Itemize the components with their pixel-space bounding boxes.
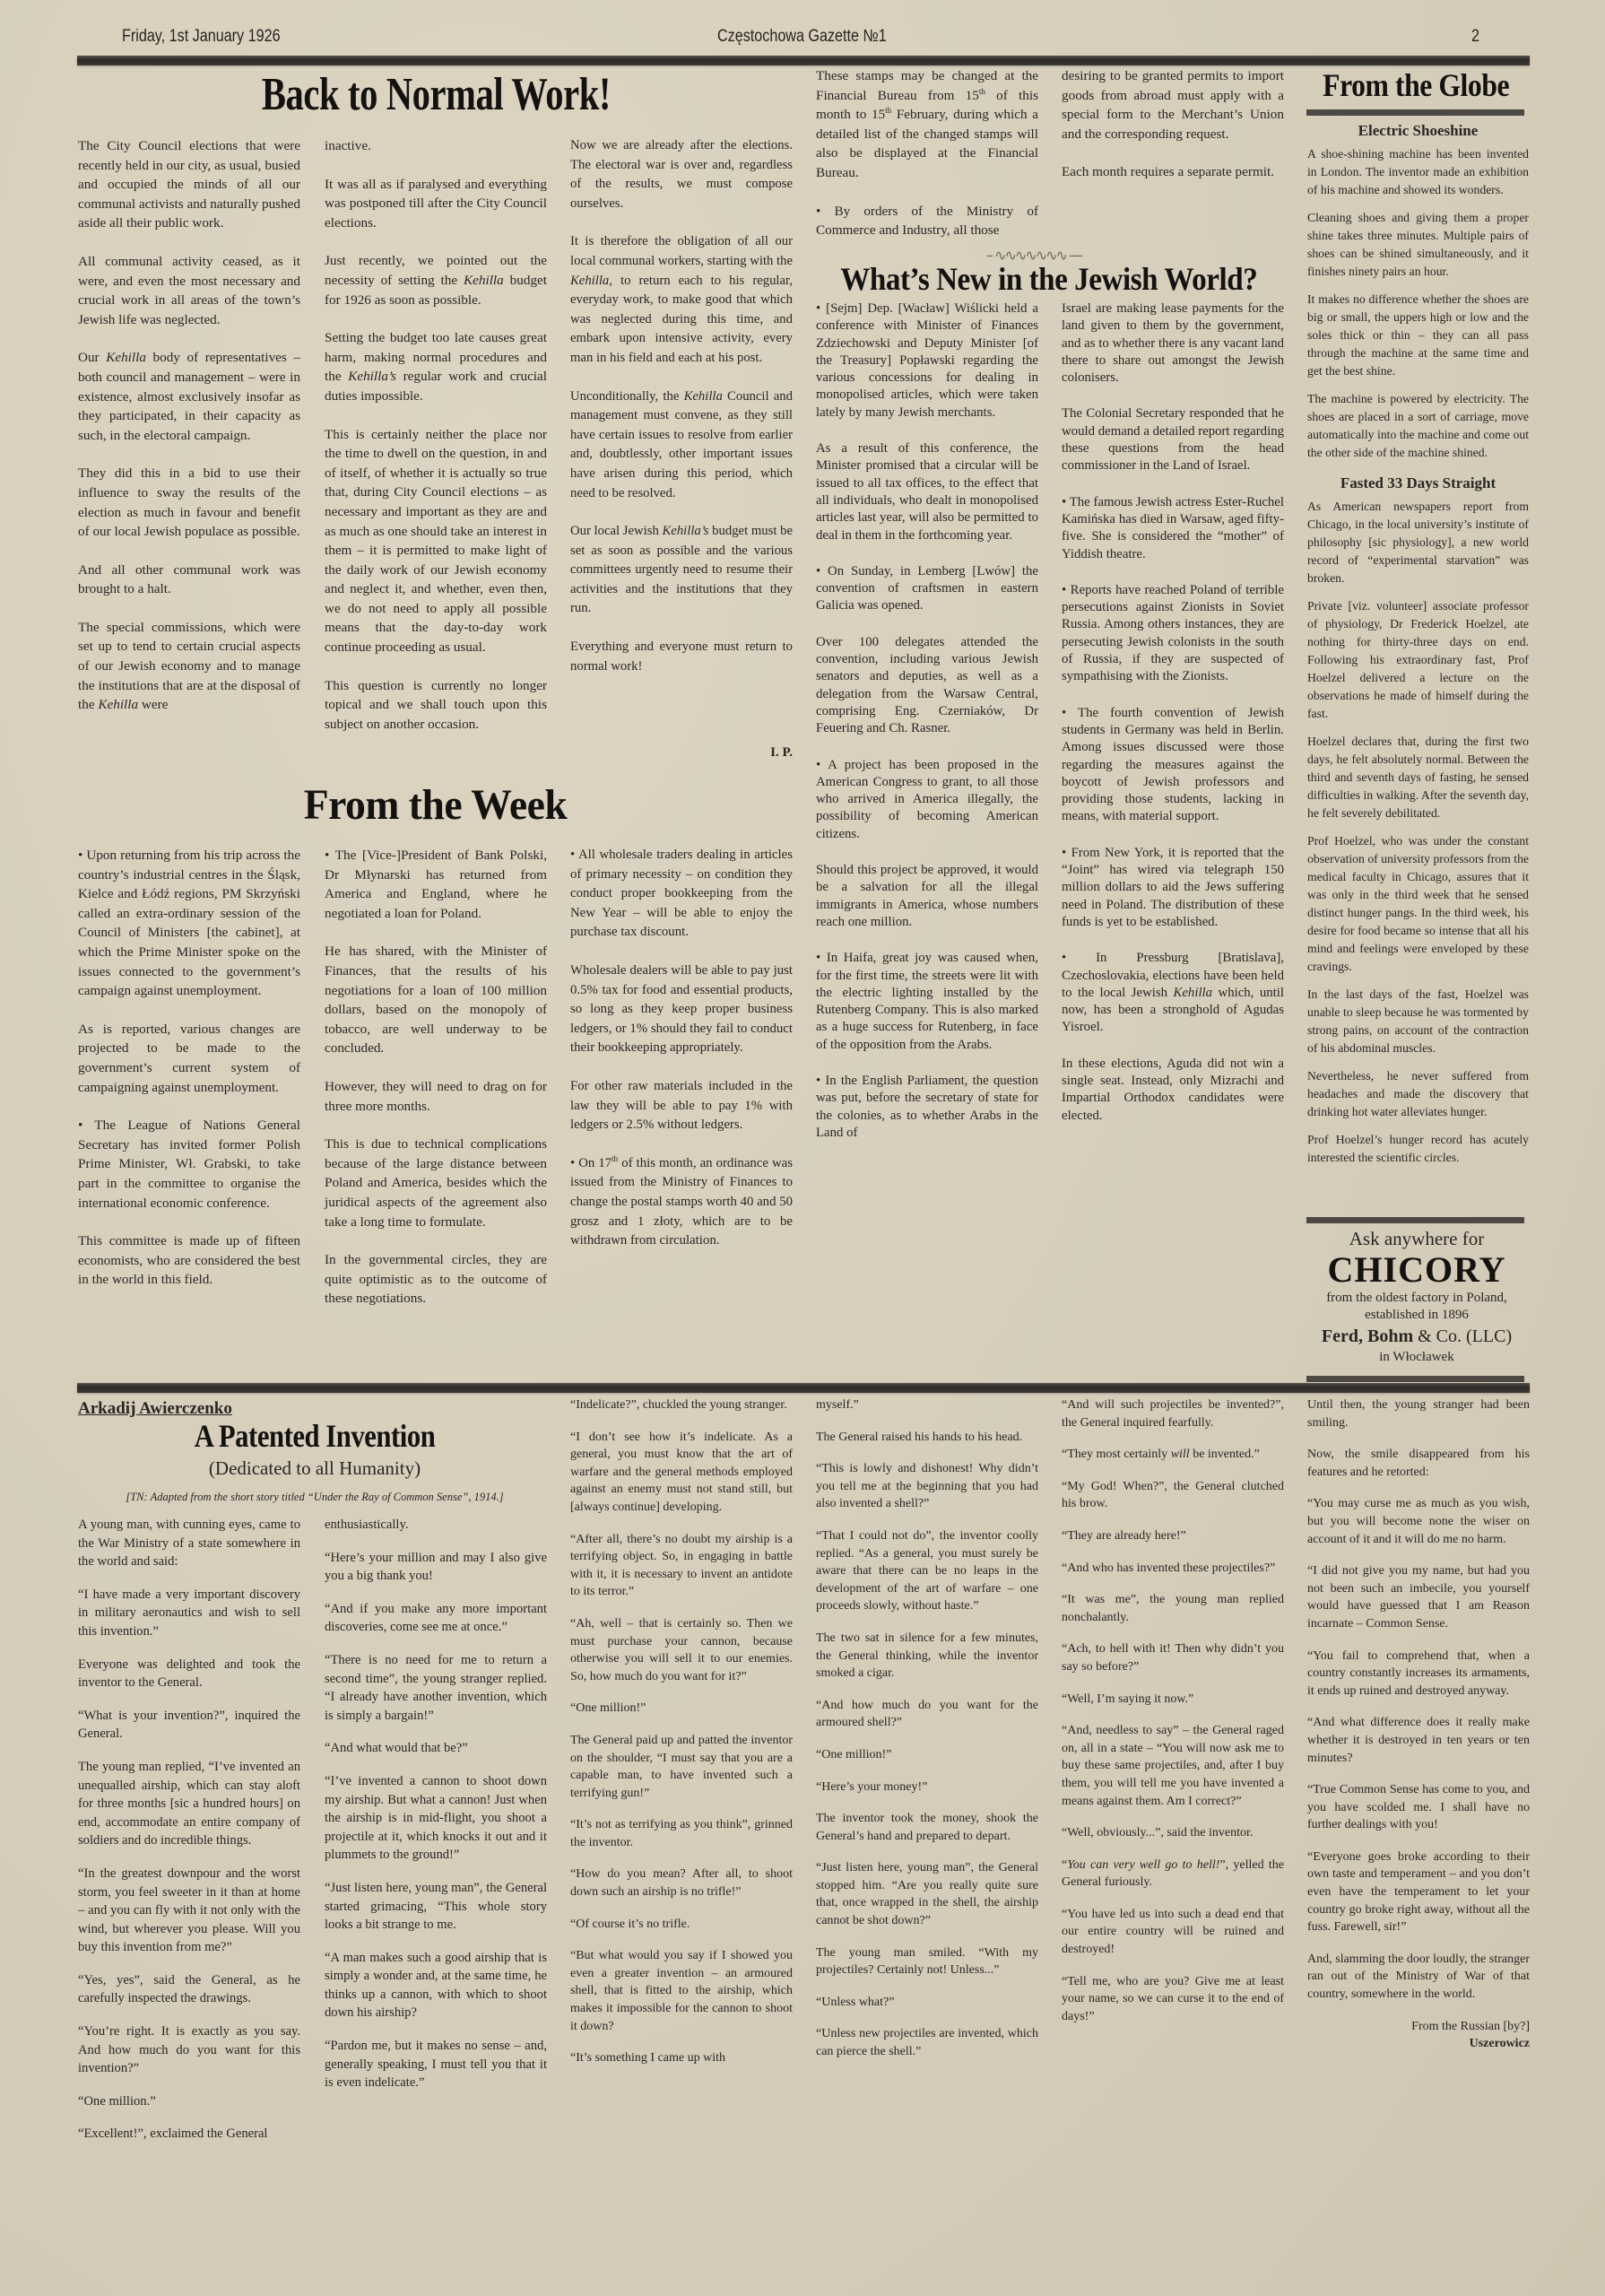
paragraph: “I have made a very important discovery …	[78, 1586, 300, 1641]
paragraph: Nevertheless, he never suffered from hea…	[1307, 1067, 1529, 1121]
paragraph: “And what would that be?”	[325, 1739, 547, 1758]
news-column: • [Sejm] Dep. [Wacław] Wiślicki held a c…	[816, 300, 1038, 1161]
paragraph: • From New York, it is reported that the…	[1062, 845, 1284, 931]
paragraph: “It was me”, the young man replied nonch…	[1062, 1591, 1284, 1626]
globe-column: Electric ShoeshineA shoe-shining machine…	[1307, 118, 1529, 1177]
story-dedication: (Dedicated to all Humanity)	[77, 1457, 552, 1480]
paragraph: A shoe-shining machine has been invented…	[1307, 145, 1529, 199]
paragraph: However, they will need to drag on for t…	[325, 1077, 547, 1116]
advert-company-suffix: & Co. (LLC)	[1413, 1326, 1512, 1346]
paragraph: Each month requires a separate permit.	[1062, 162, 1284, 182]
paragraph: • A project has been proposed in the Ame…	[816, 757, 1038, 843]
paragraph: “And if you make any more important disc…	[325, 1600, 547, 1637]
paragraph: For other raw materials included in the …	[570, 1077, 793, 1135]
story-column: enthusiastically.“Here’s your million an…	[325, 1516, 547, 2107]
top-rule	[77, 56, 1530, 65]
paragraph: The General raised his hands to his head…	[816, 1429, 1038, 1447]
advert-line: established in 1896	[1305, 1307, 1529, 1324]
paragraph: Private [viz. volunteer] associate profe…	[1307, 597, 1529, 723]
paragraph: “Of course it’s no trifle.	[570, 1916, 793, 1934]
story-column: Until then, the young stranger had been …	[1307, 1396, 1530, 2053]
headline-text: What’s New in the Jewish World?	[840, 260, 1257, 298]
paragraph: It is therefore the obligation of all ou…	[570, 232, 793, 368]
paragraph: “Tell me, who are you? Give me at least …	[1062, 1973, 1284, 2026]
paragraph: Wholesale dealers will be able to pay ju…	[570, 961, 793, 1058]
paragraph: “Ah, well – that is certainly so. Then w…	[570, 1615, 793, 1685]
paragraph: Until then, the young stranger had been …	[1307, 1396, 1530, 1431]
paragraph: “You have led us into such a dead end th…	[1062, 1906, 1284, 1959]
paragraph: “And what difference does it really make…	[1307, 1714, 1530, 1767]
paragraph: Israel are making lease payments for the…	[1062, 300, 1284, 387]
news-column: These stamps may be changed at the Finan…	[816, 66, 1038, 259]
paragraph: This is certainly neither the place nor …	[325, 425, 547, 657]
translator-name: Uszerowicz	[1307, 2035, 1530, 2053]
paragraph: “This is lowly and dishonest! Why didn’t…	[816, 1460, 1038, 1513]
section-divider	[77, 1383, 1530, 1393]
paragraph: “You can very well go to hell!”, yelled …	[1062, 1857, 1284, 1892]
paragraph: And all other communal work was brought …	[78, 561, 300, 599]
paragraph: Everything and everyone must return to n…	[570, 638, 793, 676]
article-heading: Fasted 33 Days Straight	[1307, 474, 1529, 492]
paragraph: “After all, there’s no doubt my airship …	[570, 1531, 793, 1601]
paragraph: The Colonial Secretary responded that he…	[1062, 405, 1284, 474]
paragraph: Prof Hoelzel, who was under the constant…	[1307, 832, 1529, 976]
paragraph: “I don’t see how it’s indelicate. As a g…	[570, 1429, 793, 1517]
translation-credit: From the Russian [by?]	[1307, 2018, 1530, 2036]
paragraph: • The League of Nations General Secretar…	[78, 1116, 300, 1213]
paragraph: Prof Hoelzel’s hunger record has acutely…	[1307, 1131, 1529, 1167]
story-column: “And will such projectiles be invented?”…	[1062, 1396, 1284, 2039]
paragraph: “My God! When?”, the General clutched hi…	[1062, 1478, 1284, 1513]
paragraph: “Well, obviously...”, said the inventor.	[1062, 1824, 1284, 1842]
paragraph: • By orders of the Ministry of Commerce …	[816, 202, 1038, 240]
news-column: • All wholesale traders dealing in artic…	[570, 846, 793, 1270]
paragraph: Our local Jewish Kehilla’s budget must b…	[570, 522, 793, 619]
paragraph: The General paid up and patted the inven…	[570, 1732, 793, 1802]
advert-location: in Włocławek	[1305, 1349, 1529, 1365]
paragraph: “One million.”	[78, 2092, 300, 2111]
paragraph: “What is your invention?”, inquired the …	[78, 1707, 300, 1744]
paragraph: “Excellent!”, exclaimed the General	[78, 2125, 300, 2144]
paragraph: “You fail to comprehend that, when a cou…	[1307, 1648, 1530, 1700]
page-number: 2	[1471, 27, 1479, 47]
paragraph: • All wholesale traders dealing in artic…	[570, 846, 793, 943]
paragraph: It was all as if paralysed and everythin…	[325, 175, 547, 233]
signature: I. P.	[570, 745, 793, 761]
translator-note: [TN: Adapted from the short story titled…	[77, 1491, 552, 1504]
paragraph: “Everyone goes broke according to their …	[1307, 1848, 1530, 1936]
paragraph: “You’re right. It is exactly as you say.…	[78, 2022, 300, 2078]
paragraph: myself.”	[816, 1396, 1038, 1414]
chicory-advert: Ask anywhere for CHICORY from the oldest…	[1305, 1224, 1529, 1365]
headline-from-the-week: From the Week	[77, 780, 794, 830]
paragraph: “A man makes such a good airship that is…	[325, 1949, 547, 2022]
paragraph: “There is no need for me to return a sec…	[325, 1651, 547, 1725]
paragraph: “Pardon me, but it makes no sense – and,…	[325, 2037, 547, 2092]
paragraph: “And, needless to say” – the General rag…	[1062, 1722, 1284, 1810]
story-title: A Patented Invention	[77, 1417, 552, 1455]
paragraph: “You may curse me as much as you wish, b…	[1307, 1495, 1530, 1548]
article-heading: Electric Shoeshine	[1307, 122, 1529, 140]
paragraph: Setting the budget too late causes great…	[325, 328, 547, 405]
paragraph: • On 17th of this month, an ordinance wa…	[570, 1154, 793, 1251]
paragraph: “But what would you say if I showed you …	[570, 1947, 793, 2035]
paragraph: “That I could not do”, the inventor cool…	[816, 1527, 1038, 1615]
paragraph: Over 100 delegates attended the conventi…	[816, 634, 1038, 738]
paragraph: • In Pressburg [Bratislava], Czechoslova…	[1062, 950, 1284, 1036]
paragraph: The two sat in silence for a few minutes…	[816, 1630, 1038, 1683]
paragraph: Everyone was delighted and took the inve…	[78, 1656, 300, 1692]
paragraph: The machine is powered by electricity. T…	[1307, 390, 1529, 462]
paragraph: All communal activity ceased, as it were…	[78, 252, 300, 329]
paragraph: Cleaning shoes and giving them a proper …	[1307, 209, 1529, 281]
paragraph: “I’ve invented a cannon to shoot down my…	[325, 1772, 547, 1865]
paragraph: “And will such projectiles be invented?”…	[1062, 1396, 1284, 1431]
advert-top-rule	[1306, 1217, 1524, 1223]
paragraph: The young man replied, “I’ve invented an…	[78, 1758, 300, 1850]
paragraph: The City Council elections that were rec…	[78, 136, 300, 233]
paragraph: • [Sejm] Dep. [Wacław] Wiślicki held a c…	[816, 300, 1038, 422]
story-author: Arkadij Awierczenko	[78, 1399, 232, 1419]
headline-jewish-world: What’s New in the Jewish World?	[811, 260, 1287, 298]
paragraph: Hoelzel declares that, during the first …	[1307, 733, 1529, 822]
paragraph: • Upon returning from his trip across th…	[78, 846, 300, 1001]
paragraph: As a result of this conference, the Mini…	[816, 440, 1038, 544]
advert-company-name: Ferd, Bohm	[1322, 1326, 1413, 1346]
advert-bottom-rule	[1306, 1376, 1524, 1382]
paragraph: “One million!”	[816, 1746, 1038, 1764]
section-rule	[1306, 109, 1524, 116]
article-column: Now we are already after the elections. …	[570, 136, 793, 695]
paragraph: Just recently, we pointed out the necess…	[325, 251, 547, 309]
paragraph: “Here’s your million and may I also give…	[325, 1549, 547, 1586]
paragraph: “And who has invented these projectiles?…	[1062, 1560, 1284, 1578]
paragraph: • The [Vice-]President of Bank Polski, D…	[325, 846, 547, 923]
paragraph: “Indelicate?”, chuckled the young strang…	[570, 1396, 793, 1414]
paragraph: “Unless what?”	[816, 1994, 1038, 2012]
paragraph: “Just listen here, young man”, the Gener…	[325, 1879, 547, 1935]
advert-line: from the oldest factory in Poland,	[1305, 1290, 1529, 1307]
paragraph: He has shared, with the Minister of Fina…	[325, 942, 547, 1058]
paragraph: desiring to be granted permits to import…	[1062, 66, 1284, 143]
paragraph: • In Haifa, great joy was caused when, f…	[816, 950, 1038, 1054]
paragraph: These stamps may be changed at the Finan…	[816, 66, 1038, 183]
paragraph: • In the English Parliament, the questio…	[816, 1073, 1038, 1142]
paragraph: Now we are already after the elections. …	[570, 136, 793, 213]
news-column: desiring to be granted permits to import…	[1062, 66, 1284, 201]
story-column: “Indelicate?”, chuckled the young strang…	[570, 1396, 793, 2082]
paragraph: “One million!”	[570, 1700, 793, 1718]
article-column: inactive.It was all as if paralysed and …	[325, 136, 547, 752]
advert-line: Ask anywhere for	[1305, 1228, 1529, 1250]
headline-text: A Patented Invention	[195, 1417, 436, 1455]
paragraph: Now, the smile disappeared from his feat…	[1307, 1446, 1530, 1481]
headline-text: From the Globe	[1323, 66, 1510, 104]
paragraph: And, slamming the door loudly, the stran…	[1307, 1951, 1530, 2004]
headline-text: Back to Normal Work!	[261, 68, 610, 121]
paragraph: “I did not give you my name, but had you…	[1307, 1562, 1530, 1632]
masthead-title: Częstochowa Gazette №1	[717, 27, 887, 47]
paragraph: Should this project be approved, it woul…	[816, 862, 1038, 931]
news-column: • The [Vice-]President of Bank Polski, D…	[325, 846, 547, 1327]
headline-from-the-globe: From the Globe	[1306, 66, 1526, 104]
news-column: Israel are making lease payments for the…	[1062, 300, 1284, 1144]
paragraph: “It’s something I came up with	[570, 2049, 793, 2067]
story-column: myself.”The General raised his hands to …	[816, 1396, 1038, 2075]
paragraph: “It’s not as terrifying as you think”, g…	[570, 1816, 793, 1851]
paragraph: In the last days of the fast, Hoelzel wa…	[1307, 986, 1529, 1057]
article-column: The City Council elections that were rec…	[78, 136, 300, 734]
paragraph: • On Sunday, in Lemberg [Lwów] the conve…	[816, 563, 1038, 615]
advert-product: CHICORY	[1305, 1250, 1529, 1290]
paragraph: It makes no difference whether the shoes…	[1307, 291, 1529, 380]
paragraph: • Reports have reached Poland of terribl…	[1062, 582, 1284, 686]
paragraph: “True Common Sense has come to you, and …	[1307, 1781, 1530, 1834]
news-column: • Upon returning from his trip across th…	[78, 846, 300, 1309]
paragraph: enthusiastically.	[325, 1516, 547, 1535]
paragraph: “And how much do you want for the armour…	[816, 1697, 1038, 1732]
paragraph: This question is currently no longer top…	[325, 676, 547, 735]
paragraph: Our Kehilla body of representatives – bo…	[78, 348, 300, 445]
paragraph: inactive.	[325, 136, 547, 156]
paragraph: “Ach, to hell with it! Then why didn’t y…	[1062, 1640, 1284, 1675]
paragraph: “Here’s your money!”	[816, 1779, 1038, 1796]
paragraph: A young man, with cunning eyes, came to …	[78, 1516, 300, 1571]
paragraph: Unconditionally, the Kehilla Council and…	[570, 387, 793, 504]
paragraph: As is reported, various changes are proj…	[78, 1020, 300, 1097]
paragraph: “In the greatest downpour and the worst …	[78, 1865, 300, 1957]
paragraph: In the governmental circles, they are qu…	[325, 1250, 547, 1309]
headline-text: From the Week	[304, 780, 568, 830]
paragraph: • The fourth convention of Jewish studen…	[1062, 705, 1284, 826]
paragraph: “Unless new projectiles are invented, wh…	[816, 2025, 1038, 2060]
headline-back-to-normal-work: Back to Normal Work!	[77, 68, 794, 121]
story-column: A young man, with cunning eyes, came to …	[78, 1516, 300, 2158]
paragraph: • The famous Jewish actress Ester-Ruchel…	[1062, 494, 1284, 563]
paragraph: “Yes, yes”, said the General, as he care…	[78, 1971, 300, 2008]
paragraph: In these elections, Aguda did not win a …	[1062, 1056, 1284, 1125]
paragraph: “Well, I’m saying it now.”	[1062, 1691, 1284, 1709]
paragraph: This is due to technical complications b…	[325, 1135, 547, 1231]
paragraph: As American newspapers report from Chica…	[1307, 498, 1529, 587]
paragraph: They did this in a bid to use their infl…	[78, 464, 300, 541]
paragraph: The special commissions, which were set …	[78, 618, 300, 715]
paragraph: “Just listen here, young man”, the Gener…	[816, 1859, 1038, 1929]
paragraph: The young man smiled. “With my projectil…	[816, 1944, 1038, 1979]
paragraph: “How do you mean? After all, to shoot do…	[570, 1865, 793, 1900]
advert-company: Ferd, Bohm & Co. (LLC)	[1305, 1324, 1529, 1349]
paragraph: “They most certainly will be invented.”	[1062, 1446, 1284, 1464]
paragraph: The inventor took the money, shook the G…	[816, 1810, 1038, 1845]
issue-date: Friday, 1st January 1926	[122, 27, 281, 47]
paragraph: This committee is made up of fifteen eco…	[78, 1231, 300, 1290]
paragraph: “They are already here!”	[1062, 1527, 1284, 1545]
